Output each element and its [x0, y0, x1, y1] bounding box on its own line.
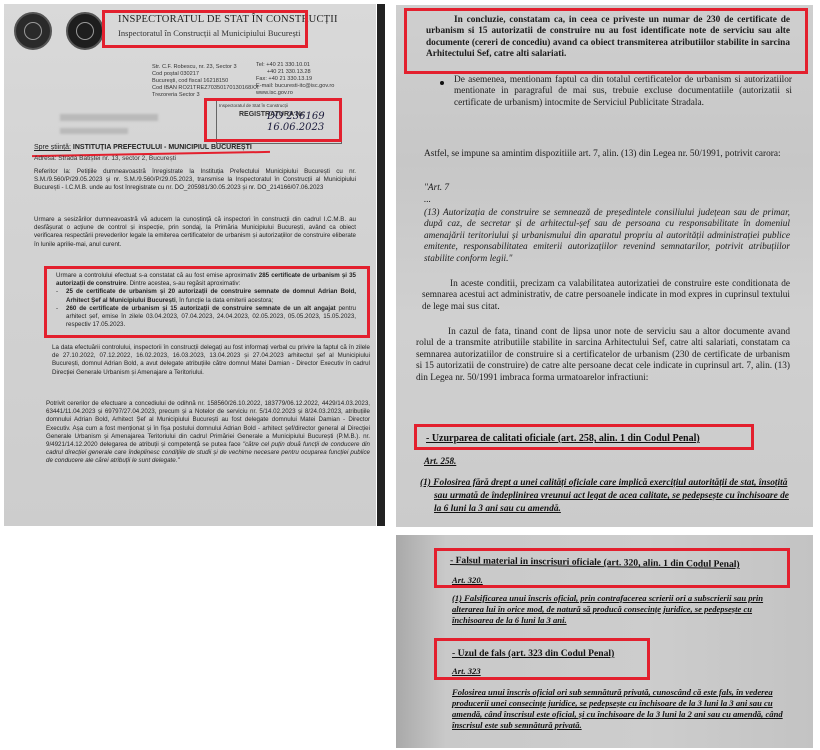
right-bottom-document-photo: - Falsul material in inscrisuri oficiale… [396, 535, 813, 748]
right-top-document-photo: In concluzie, constatam ca, in ceea ce p… [396, 5, 813, 527]
cazul-paragraph: In cazul de fata, tinand cont de lipsa u… [416, 327, 790, 384]
photo-edge [377, 4, 385, 526]
letterhead-contact: Tel: +40 21 330.10.01 +40 21 330.13.28 F… [256, 62, 334, 97]
highlight-box-registration [204, 98, 342, 142]
redacted-block [60, 114, 158, 121]
quote-article: "Art. 7 [424, 183, 449, 194]
letterhead-address: Str. C.F. Robescu, nr. 23, Sector 3 Cod … [152, 64, 259, 99]
highlight-box-conclusion [404, 8, 808, 74]
astfel-paragraph: Astfel, se impune sa amintim dispozitiil… [424, 149, 790, 160]
exclusion-paragraph: De asemenea, mentionam faptul ca din tot… [454, 75, 792, 109]
conditii-paragraph: In aceste conditii, precizam ca valabili… [422, 279, 790, 313]
highlight-box-offense-1 [414, 424, 754, 450]
highlight-box-offense-3 [434, 638, 650, 680]
government-seal-icon [14, 12, 52, 50]
highlight-box-offense-2 [434, 548, 790, 588]
article-258-text: (1) Folosirea fără drept a unei calități… [420, 477, 792, 516]
paragraph-sesizari: Urmare a sesizărilor dumneavoastră vă ad… [34, 216, 356, 249]
quote-ellipsis: ... [424, 195, 431, 206]
recipient-line: Spre știință: INSTITUȚIA PREFECTULUI - M… [34, 144, 252, 151]
article-323-text: Folosirea unui înscris oficial ori sub s… [452, 687, 790, 731]
article-320-text: (1) Falsificarea unui înscris oficial, p… [452, 593, 790, 626]
highlight-box-control-result [44, 266, 370, 338]
article-258-label: Art. 258. [424, 455, 456, 468]
recipient-label: Spre știință: [34, 144, 71, 151]
recipient-address: Adresa: Strada Batiștei nr. 13, sector 2… [34, 155, 176, 162]
quote-text: (13) Autorizația de construire se semnea… [424, 208, 790, 265]
highlight-box-letterhead [102, 10, 308, 48]
redacted-block [60, 128, 128, 134]
isc-seal-icon [66, 12, 104, 50]
paragraph-referitor: Referitor la: Petițiile dumneavoastră în… [34, 168, 356, 193]
paragraph-leave-requests: Potrivit cererilor de efectuare a conced… [46, 400, 370, 466]
paragraph-delegation-info: La data efectuării controlului, inspecto… [52, 344, 370, 377]
bullet-icon [440, 81, 444, 85]
recipient-name: INSTITUȚIA PREFECTULUI - MUNICIPIUL BUCU… [73, 144, 252, 151]
left-document-photo: INSPECTORATUL DE STAT ÎN CONSTRUCȚII Ins… [4, 4, 376, 526]
